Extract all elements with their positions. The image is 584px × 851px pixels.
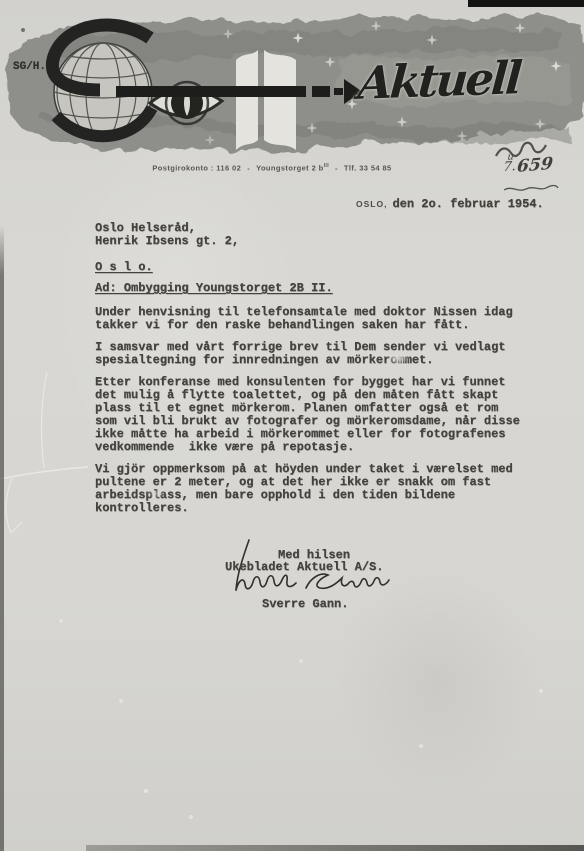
date-place: OSLO, (356, 199, 387, 209)
scan-edge-left (0, 225, 4, 851)
signature-name: Sverre Gann. (262, 598, 348, 611)
separator-dash: - (335, 164, 338, 173)
street-address: Youngstorget 2 b (256, 164, 324, 173)
recipient-address: Oslo Helseråd, Henrik Ibsens gt. 2, (95, 222, 239, 248)
crease-line (0, 372, 88, 533)
scan-artifact-top-bar (468, 0, 584, 7)
floor-superscript: III (324, 163, 329, 169)
body-paragraph-2: I samsvar med vårt forrige brev til Dem … (95, 341, 540, 367)
postgiro-value: Postgirokonto : 116 02 (152, 164, 241, 173)
date-text: den 2o. februar 1954. (392, 198, 543, 211)
phone-number: Tlf. 33 54 85 (344, 164, 392, 173)
journal-fraction: u 7. (503, 152, 517, 174)
brand-wordmark: Aktuell (356, 55, 520, 106)
recipient-city: O s l o. (95, 261, 153, 274)
postgiro-line: Postgirokonto : 116 02-Youngstorget 2 bI… (60, 163, 484, 173)
magazine-icon (236, 50, 296, 150)
journal-underline (504, 185, 558, 190)
subject-line: Ad: Ombygging Youngstorget 2B II. (95, 282, 333, 295)
typist-ref: SG/H. (13, 61, 46, 73)
scan-artifact-bottom-bar (86, 845, 584, 851)
body-paragraph-3: Etter konferanse med konsulenten for byg… (95, 376, 540, 454)
separator-dash: - (247, 164, 250, 173)
dateline: OSLO, den 2o. februar 1954. (356, 198, 544, 211)
body-paragraph-1: Under henvisning til telefonsamtale med … (95, 306, 540, 332)
paper-specks (0, 0, 2, 2)
paper-blemish (146, 488, 166, 499)
journal-number-annotation: u 7. 659 (503, 149, 555, 177)
paper-blemish (386, 351, 410, 365)
scanned-letter-page: SG/H. Aktuell Postgirokonto : 116 02-You… (0, 0, 584, 851)
closing-company: Ukebladet Aktuell A/S. (225, 561, 383, 574)
